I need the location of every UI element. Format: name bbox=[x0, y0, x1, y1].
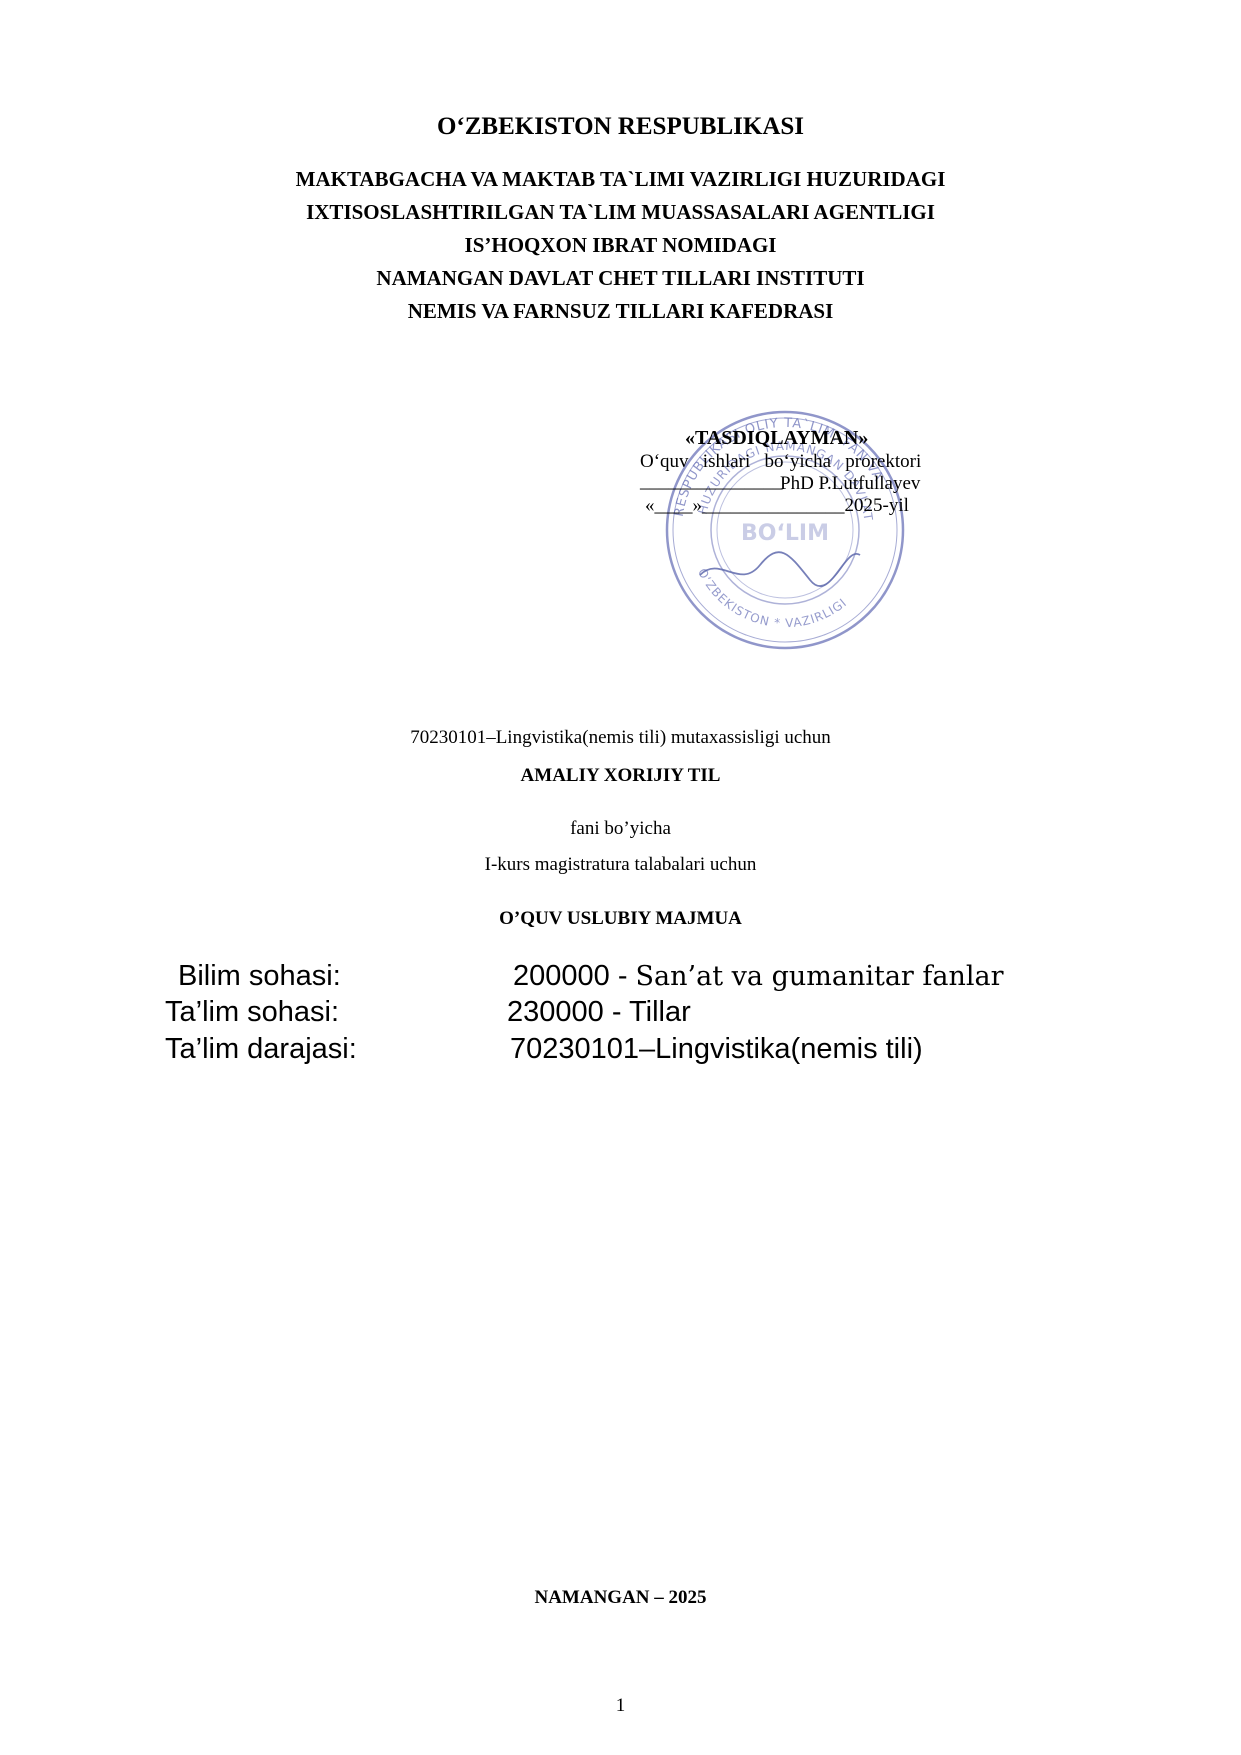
signature-line: _______________ bbox=[640, 471, 783, 493]
subject-title: AMALIY XORIJIY TIL bbox=[0, 765, 1241, 787]
approval-heading: «TASDIQLAYMAN» bbox=[685, 427, 868, 450]
org-line-named-after: IS’HOQXON IBRAT NOMIDAGI bbox=[0, 233, 1241, 258]
field-code: 200000 - San’at va gumanitar fanlar bbox=[513, 960, 1004, 993]
approval-block: RESPUBLIKASI OLIY TA`LIM, FAN VA HUZURID… bbox=[640, 405, 990, 655]
field-label: Ta’lim darajasi: bbox=[165, 1033, 357, 1066]
specialty-line: 70230101–Lingvistika(nemis tili) mutaxas… bbox=[0, 727, 1241, 749]
field-value: San’at va gumanitar fanlar bbox=[636, 961, 1004, 992]
audience-line: I-kurs magistratura talabalari uchun bbox=[0, 854, 1241, 876]
org-line-ministry: MAKTABGACHA VA MAKTAB TA`LIMI VAZIRLIGI … bbox=[0, 167, 1241, 192]
approval-position: O‘quv ishlari bo‘yicha prorektori bbox=[640, 451, 921, 473]
org-line-institute: NAMANGAN DAVLAT CHET TILLARI INSTITUTI bbox=[0, 266, 1241, 291]
country-title: O‘ZBEKISTON RESPUBLIKASI bbox=[0, 113, 1241, 141]
field-code: 70230101–Lingvistika(nemis tili) bbox=[510, 1033, 923, 1066]
approver-name: PhD P.Lutfullayev bbox=[780, 473, 920, 495]
approval-date-line: «____»_______________2025-yil bbox=[645, 495, 909, 517]
footer-city-year: NAMANGAN – 2025 bbox=[0, 1587, 1241, 1609]
document-type: O’QUV USLUBIY MAJMUA bbox=[0, 908, 1241, 930]
field-label: Ta’lim sohasi: bbox=[165, 996, 339, 1029]
page-number: 1 bbox=[0, 1695, 1241, 1717]
field-label: Bilim sohasi: bbox=[178, 960, 341, 993]
org-line-agency: IXTISOSLASHTIRILGAN TA`LIM MUASSASALARI … bbox=[0, 200, 1241, 225]
subject-suffix: fani bo’yicha bbox=[0, 818, 1241, 840]
svg-text:O‘ZBEKISTON * VAZIRLIGI: O‘ZBEKISTON * VAZIRLIGI bbox=[695, 566, 850, 630]
field-code: 230000 - Tillar bbox=[507, 996, 691, 1029]
svg-text:BO‘LIM: BO‘LIM bbox=[741, 521, 829, 546]
org-line-department: NEMIS VA FARNSUZ TILLARI KAFEDRASI bbox=[0, 299, 1241, 324]
